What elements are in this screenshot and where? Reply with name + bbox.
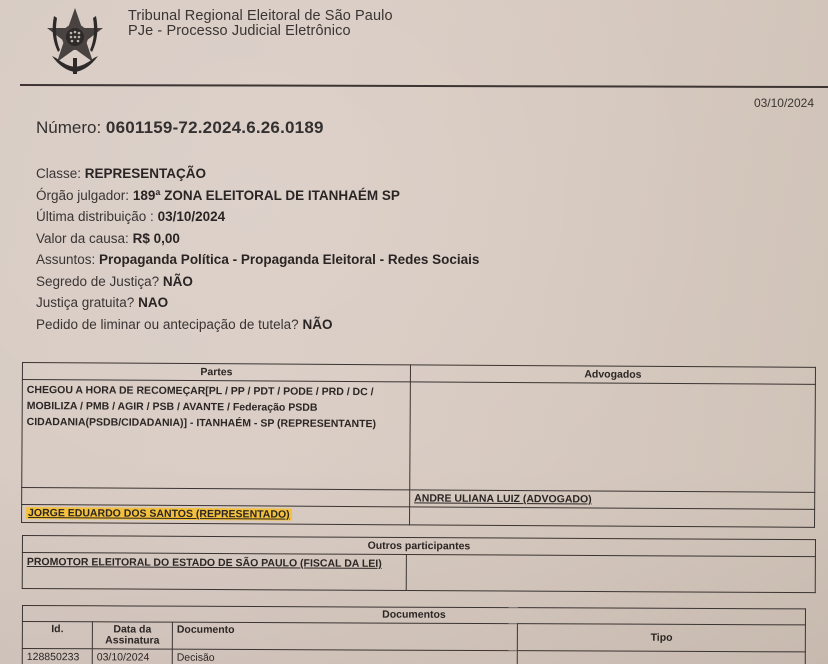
parte-representante: CHEGOU A HORA DE RECOMEÇAR[PL / PP / PDT… bbox=[22, 380, 411, 490]
detail-label: Órgão julgador: bbox=[36, 188, 129, 203]
highlighted-parte-name: JORGE EDUARDO DOS SANTOS (REPRESENTADO) bbox=[26, 507, 292, 521]
document-header: Tribunal Regional Eleitoral de São Paulo… bbox=[0, 0, 828, 90]
detail-label: Justiça gratuita? bbox=[36, 295, 134, 310]
table-row: JORGE EDUARDO DOS SANTOS (REPRESENTADO) bbox=[22, 505, 815, 528]
doc-name[interactable]: Decisão bbox=[172, 649, 518, 664]
column-header-data-assinatura: Data da Assinatura bbox=[92, 622, 172, 649]
process-number: Número: 0601159-72.2024.6.26.0189 bbox=[36, 118, 324, 138]
detail-label: Assuntos: bbox=[36, 252, 95, 267]
table-header-row: Id. Data da Assinatura Documento Tipo bbox=[22, 622, 805, 652]
detail-value: 189ª ZONA ELEITORAL DE ITANHAÉM SP bbox=[133, 188, 400, 203]
system-name: PJe - Processo Judicial Eletrônico bbox=[128, 24, 393, 39]
participante-cell: PROMOTOR ELEITORAL DO ESTADO DE SÃO PAUL… bbox=[22, 553, 406, 591]
parte-representado: JORGE EDUARDO DOS SANTOS (REPRESENTADO) bbox=[22, 505, 410, 525]
detail-orgao-julgador: Órgão julgador: 189ª ZONA ELEITORAL DE I… bbox=[36, 185, 479, 207]
header-divider bbox=[20, 84, 828, 88]
process-details: Classe: REPRESENTAÇÃO Órgão julgador: 18… bbox=[36, 163, 479, 335]
detail-label: Segredo de Justiça? bbox=[36, 274, 159, 289]
advogado-name: ANDRE ULIANA LUIZ (ADVOGADO) bbox=[414, 492, 592, 505]
partes-table: Partes Advogados CHEGOU A HORA DE RECOME… bbox=[21, 362, 816, 528]
outros-participantes-table: Outros participantes PROMOTOR ELEITORAL … bbox=[22, 535, 816, 593]
table-row: PROMOTOR ELEITORAL DO ESTADO DE SÃO PAUL… bbox=[22, 553, 815, 593]
advogado-cell bbox=[410, 507, 815, 527]
doc-id[interactable]: 128850233 bbox=[22, 649, 92, 664]
column-header-id: Id. bbox=[22, 622, 92, 649]
parte-name: CHEGOU A HORA DE RECOMEÇAR[PL / PP / PDT… bbox=[27, 384, 376, 430]
detail-valor-causa: Valor da causa: R$ 0,00 bbox=[36, 228, 479, 250]
column-header-documento: Documento bbox=[172, 622, 518, 651]
table-row: 128850233 03/10/2024 Decisão bbox=[22, 649, 805, 664]
detail-label: Valor da causa: bbox=[36, 231, 129, 246]
column-header-tipo: Tipo bbox=[518, 624, 806, 652]
detail-value: NAO bbox=[138, 295, 168, 310]
detail-pedido-liminar: Pedido de liminar ou antecipação de tute… bbox=[36, 314, 479, 336]
detail-segredo-justica: Segredo de Justiça? NÃO bbox=[36, 271, 479, 293]
process-number-label: Número: bbox=[36, 118, 101, 137]
process-number-value: 0601159-72.2024.6.26.0189 bbox=[106, 118, 324, 137]
documentos-table: Documentos Id. Data da Assinatura Docume… bbox=[22, 605, 806, 664]
participante-extra-cell bbox=[406, 555, 815, 593]
detail-justica-gratuita: Justiça gratuita? NAO bbox=[36, 292, 479, 314]
detail-value: NÃO bbox=[302, 317, 332, 332]
detail-label: Pedido de liminar ou antecipação de tute… bbox=[36, 317, 299, 332]
brazil-coat-of-arms-icon bbox=[44, 6, 106, 76]
detail-label: Última distribuição : bbox=[36, 209, 154, 224]
detail-value: 03/10/2024 bbox=[158, 209, 226, 224]
detail-assuntos: Assuntos: Propaganda Política - Propagan… bbox=[36, 249, 479, 271]
detail-value: NÃO bbox=[163, 274, 193, 289]
detail-label: Classe: bbox=[36, 166, 81, 181]
detail-value: Propaganda Política - Propaganda Eleitor… bbox=[99, 252, 479, 267]
court-name: Tribunal Regional Eleitoral de São Paulo bbox=[128, 9, 393, 24]
print-date: 03/10/2024 bbox=[754, 96, 814, 110]
detail-classe: Classe: REPRESENTAÇÃO bbox=[36, 163, 479, 185]
detail-ultima-distribuicao: Última distribuição : 03/10/2024 bbox=[36, 206, 479, 228]
participante-name: PROMOTOR ELEITORAL DO ESTADO DE SÃO PAUL… bbox=[27, 556, 382, 570]
advogado-cell bbox=[410, 382, 816, 492]
table-row: CHEGOU A HORA DE RECOMEÇAR[PL / PP / PDT… bbox=[22, 380, 816, 493]
doc-type bbox=[518, 651, 806, 664]
detail-value: REPRESENTAÇÃO bbox=[85, 166, 206, 181]
doc-date: 03/10/2024 bbox=[92, 649, 172, 664]
detail-value: R$ 0,00 bbox=[133, 231, 180, 246]
